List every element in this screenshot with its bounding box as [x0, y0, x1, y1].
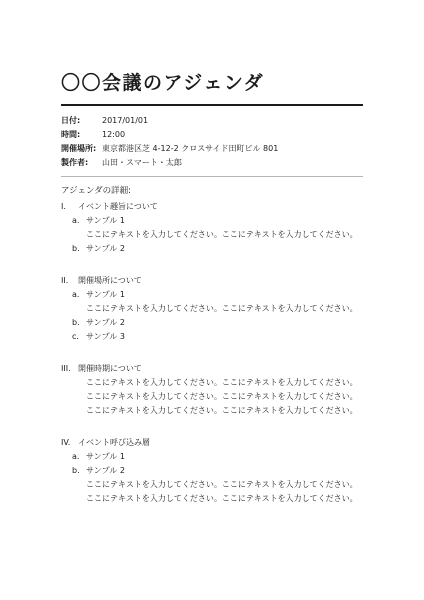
list-item: a. サンプル 1 — [61, 214, 363, 228]
section-3-heading: III. 開催時期について — [61, 362, 363, 376]
item-marker: a. — [72, 214, 86, 228]
time-label: 時間: — [61, 128, 102, 142]
item-marker: a. — [72, 450, 86, 464]
item-text: サンプル 2 — [86, 464, 125, 478]
section-3-title: 開催時期について — [78, 362, 142, 376]
section-3: III. 開催時期について ここにテキストを入力してください。ここにテキストを入… — [61, 362, 363, 418]
placeholder-text: ここにテキストを入力してください。ここにテキストを入力してください。 — [61, 302, 363, 316]
date-value: 2017/01/01 — [102, 114, 148, 128]
section-4-heading: IV. イベント呼び込み層 — [61, 436, 363, 450]
author-label: 製作者: — [61, 156, 102, 170]
item-text: サンプル 1 — [86, 214, 125, 228]
list-item: b. サンプル 2 — [61, 464, 363, 478]
item-marker: a. — [72, 288, 86, 302]
date-label: 日付: — [61, 114, 102, 128]
list-item: b. サンプル 2 — [61, 316, 363, 330]
section-2: II. 開催場所について a. サンプル 1 ここにテキストを入力してください。… — [61, 274, 363, 344]
document-page: 〇〇会議のアジェンダ 日付: 2017/01/01 時間: 12:00 開催場所… — [0, 0, 424, 600]
placeholder-text: ここにテキストを入力してください。ここにテキストを入力してください。 — [61, 228, 363, 242]
placeholder-text: ここにテキストを入力してください。ここにテキストを入力してください。 — [61, 478, 363, 492]
venue-label: 開催場所: — [61, 142, 102, 156]
placeholder-text: ここにテキストを入力してください。ここにテキストを入力してください。 — [61, 492, 363, 506]
item-marker: b. — [72, 316, 86, 330]
venue-value: 東京都港区芝 4-12-2 クロスサイド田町ビル 801 — [102, 142, 278, 156]
meta-divider — [61, 176, 363, 177]
page-title: 〇〇会議のアジェンダ — [61, 73, 363, 94]
section-2-numeral: II. — [61, 274, 78, 288]
meta-row-time: 時間: 12:00 — [61, 128, 363, 142]
details-heading: アジェンダの詳細: — [61, 184, 363, 198]
item-text: サンプル 2 — [86, 316, 125, 330]
item-text: サンプル 1 — [86, 450, 125, 464]
section-3-numeral: III. — [61, 362, 78, 376]
author-value: 山田・スマート・太郎 — [102, 156, 182, 170]
section-2-heading: II. 開催場所について — [61, 274, 363, 288]
list-item: a. サンプル 1 — [61, 288, 363, 302]
item-marker: b. — [72, 464, 86, 478]
section-4-numeral: IV. — [61, 436, 78, 450]
placeholder-text: ここにテキストを入力してください。ここにテキストを入力してください。 — [61, 390, 363, 404]
section-1-numeral: I. — [61, 200, 78, 214]
meta-row-date: 日付: 2017/01/01 — [61, 114, 363, 128]
item-text: サンプル 3 — [86, 330, 125, 344]
meta-row-venue: 開催場所: 東京都港区芝 4-12-2 クロスサイド田町ビル 801 — [61, 142, 363, 156]
item-marker: c. — [72, 330, 86, 344]
section-4: IV. イベント呼び込み層 a. サンプル 1 b. サンプル 2 ここにテキス… — [61, 436, 363, 506]
list-item: b. サンプル 2 — [61, 242, 363, 256]
placeholder-text: ここにテキストを入力してください。ここにテキストを入力してください。 — [61, 376, 363, 390]
item-text: サンプル 2 — [86, 242, 125, 256]
section-1-heading: I. イベント趣旨について — [61, 200, 363, 214]
section-4-title: イベント呼び込み層 — [78, 436, 150, 450]
item-marker: b. — [72, 242, 86, 256]
section-1: I. イベント趣旨について a. サンプル 1 ここにテキストを入力してください… — [61, 200, 363, 256]
title-divider — [61, 104, 363, 106]
list-item: c. サンプル 3 — [61, 330, 363, 344]
section-1-title: イベント趣旨について — [78, 200, 158, 214]
meta-block: 日付: 2017/01/01 時間: 12:00 開催場所: 東京都港区芝 4-… — [61, 114, 363, 170]
list-item: a. サンプル 1 — [61, 450, 363, 464]
placeholder-text: ここにテキストを入力してください。ここにテキストを入力してください。 — [61, 404, 363, 418]
section-2-title: 開催場所について — [78, 274, 142, 288]
meta-row-author: 製作者: 山田・スマート・太郎 — [61, 156, 363, 170]
time-value: 12:00 — [102, 128, 125, 142]
item-text: サンプル 1 — [86, 288, 125, 302]
